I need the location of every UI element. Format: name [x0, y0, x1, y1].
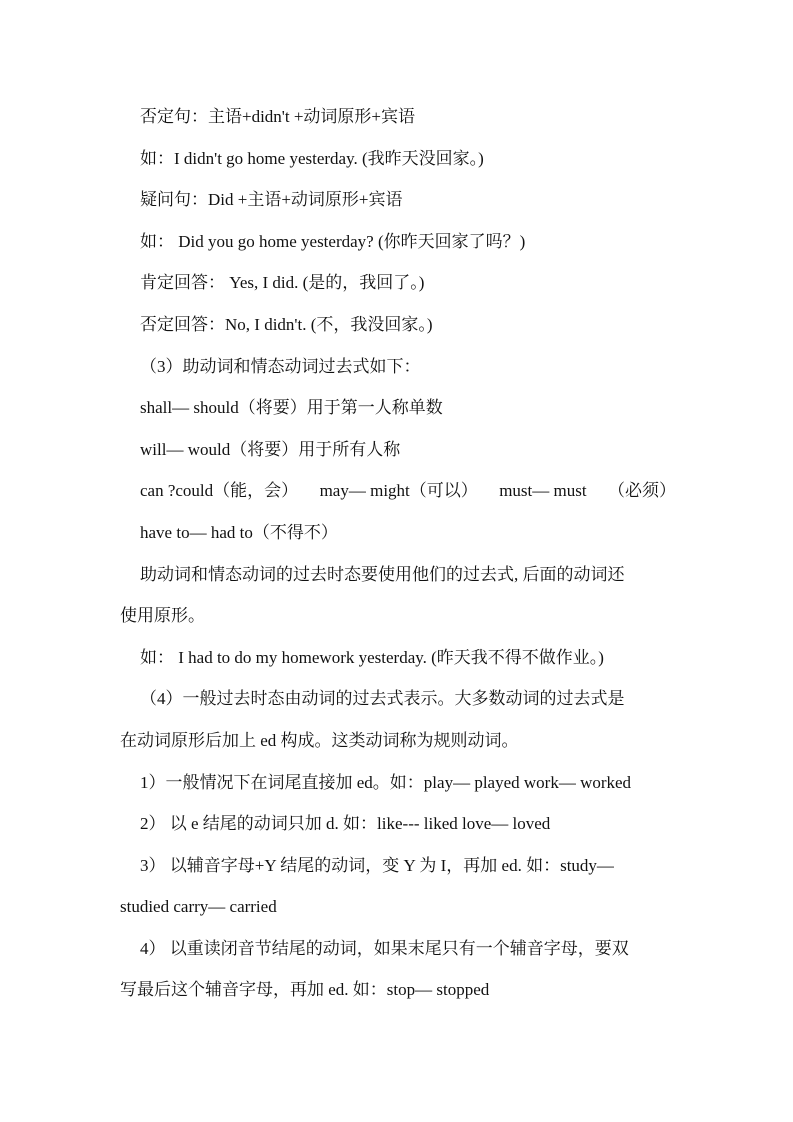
section-4-heading-cont: 在动词原形后加上 ed 构成。这类动词称为规则动词。	[120, 720, 676, 762]
rule-1: 1）一般情况下在词尾直接加 ed。如：play— played work— wo…	[120, 762, 676, 804]
negative-answer: 否定回答：No, I didn't. (不，我没回家。)	[120, 304, 676, 346]
modal-past-rule-cont: 使用原形。	[120, 595, 676, 637]
shall-should: shall— should（将要）用于第一人称单数	[120, 387, 676, 429]
modal-past-rule: 助动词和情态动词的过去时态要使用他们的过去式, 后面的动词还	[120, 554, 676, 596]
have-to-had-to: have to— had to（不得不）	[120, 512, 676, 554]
can-could: can ?could（能，会）	[140, 470, 298, 512]
must-meaning: （必须）	[608, 470, 676, 512]
document-page: 否定句：主语+didn't +动词原形+宾语 如：I didn't go hom…	[120, 96, 676, 1011]
rule-2: 2） 以 e 结尾的动词只加 d. 如：like--- liked love— …	[120, 803, 676, 845]
positive-answer: 肯定回答： Yes, I did. (是的，我回了。)	[120, 262, 676, 304]
rule-4-cont: 写最后这个辅音字母，再加 ed. 如：stop— stopped	[120, 969, 676, 1011]
question-example: 如： Did you go home yesterday? (你昨天回家了吗？)	[120, 221, 676, 263]
had-to-example: 如： I had to do my homework yesterday. (昨…	[120, 637, 676, 679]
must-must: must— must	[499, 470, 586, 512]
section-3-heading: （3）助动词和情态动词过去式如下：	[120, 346, 676, 388]
may-might: may— might（可以）	[320, 470, 478, 512]
rule-3-cont: studied carry— carried	[120, 886, 676, 928]
rule-4: 4） 以重读闭音节结尾的动词，如果末尾只有一个辅音字母，要双	[120, 928, 676, 970]
modal-verbs-line: can ?could（能，会） may— might（可以） must— mus…	[120, 470, 676, 512]
negative-sentence-example: 如：I didn't go home yesterday. (我昨天没回家。)	[120, 138, 676, 180]
section-4-heading: （4）一般过去时态由动词的过去式表示。大多数动词的过去式是	[120, 678, 676, 720]
rule-3: 3） 以辅音字母+Y 结尾的动词，变 Y 为 I，再加 ed. 如：study—	[120, 845, 676, 887]
will-would: will— would（将要）用于所有人称	[120, 429, 676, 471]
negative-sentence-rule: 否定句：主语+didn't +动词原形+宾语	[120, 96, 676, 138]
question-rule: 疑问句：Did +主语+动词原形+宾语	[120, 179, 676, 221]
